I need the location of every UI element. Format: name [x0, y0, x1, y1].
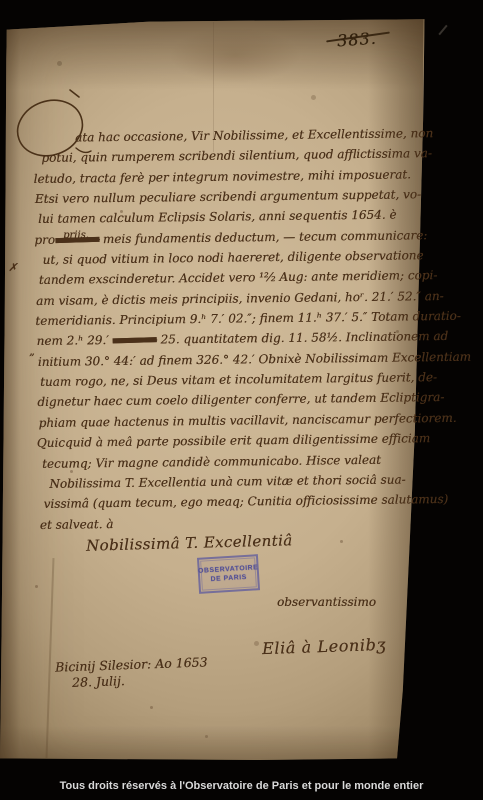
paper-shading-bottom: [0, 726, 423, 768]
paper-crease: [46, 558, 55, 758]
line-text: nem 2.ʰ 29.′: [37, 333, 113, 348]
margin-mark: ✗: [8, 262, 17, 273]
paper-speckles: [0, 0, 3, 3]
struck-out-word: ————: [112, 330, 157, 352]
valediction: observantissimo: [277, 595, 376, 609]
stamp-text-line1: OBSERVATOIRE: [198, 564, 259, 576]
letter-body: ata hac occasione, Vir Nobilissime, et E…: [33, 123, 440, 535]
stray-mark: [438, 25, 447, 35]
stamp-text-line2: DE PARIS: [210, 573, 247, 583]
interlinear-insertion: priis.: [63, 231, 89, 241]
line-text: 25. quantitatem dig. 11. 58½. Inclinatio…: [157, 329, 449, 347]
margin-mark: „: [29, 346, 35, 357]
place-date-line: 28. Julij.: [72, 673, 125, 690]
folio-number: 383.: [336, 30, 377, 51]
observatoire-de-paris-stamp: OBSERVATOIRE DE PARIS: [197, 554, 260, 594]
paper-shading-top: [0, 16, 428, 90]
scanned-letter-page: 383. ata hac occasione, Vir Nobilissime,…: [0, 0, 483, 800]
line-text: pro: [34, 232, 55, 246]
line-text: meis fundamentis deductum, — tecum commu…: [99, 228, 427, 246]
copyright-caption: Tous droits réservés à l'Observatoire de…: [0, 779, 483, 793]
paper-stain: [170, 28, 300, 83]
